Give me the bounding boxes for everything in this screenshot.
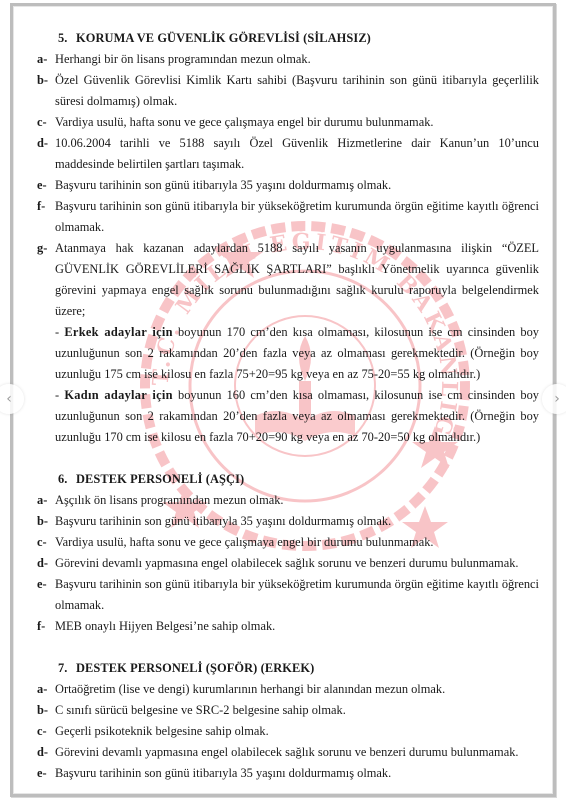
list-item: d-10.06.2004 tarihli ve 5188 sayılı Özel… [37, 133, 539, 175]
item-marker: a- [37, 490, 55, 511]
sub-item-prefix: - [55, 388, 64, 402]
sub-item-label: Kadın adaylar için [64, 388, 173, 402]
item-text-block: Ortaöğretim (lise ve dengi) kurumlarının… [55, 679, 539, 700]
section-title: DESTEK PERSONELİ (AŞÇI) [76, 472, 244, 486]
item-text: Atanmaya hak kazanan adaylardan 5188 say… [55, 238, 539, 322]
item-marker: d- [37, 133, 55, 154]
document-content: 5.KORUMA VE GÜVENLİK GÖREVLİSİ (SİLAHSIZ… [13, 6, 553, 784]
sub-item-prefix: - [55, 325, 64, 339]
section-heading: 6.DESTEK PERSONELİ (AŞÇI) [37, 469, 539, 490]
sub-item: - Erkek adaylar için boyunun 170 cm’den … [55, 322, 539, 385]
item-text-block: Başvuru tarihinin son günü itibarıyla 35… [55, 175, 539, 196]
item-text-block: Herhangi bir ön lisans programından mezu… [55, 49, 539, 70]
sub-item-label: Erkek adaylar için [64, 325, 173, 339]
list-item: c-Vardiya usulü, hafta sonu ve gece çalı… [37, 532, 539, 553]
item-text-block: C sınıfı sürücü belgesine ve SRC-2 belge… [55, 700, 539, 721]
item-text-block: Atanmaya hak kazanan adaylardan 5188 say… [55, 238, 539, 448]
list-item: e-Başvuru tarihinin son günü itibarıyla … [37, 763, 539, 784]
item-text-block: Görevini devamlı yapmasına engel olabile… [55, 742, 539, 763]
item-text: Vardiya usulü, hafta sonu ve gece çalışm… [55, 532, 539, 553]
item-text: Başvuru tarihinin son günü itibarıyla 35… [55, 763, 539, 784]
item-text: Geçerli psikoteknik belgesine sahip olma… [55, 721, 539, 742]
item-text: Vardiya usulü, hafta sonu ve gece çalışm… [55, 112, 539, 133]
item-marker: d- [37, 553, 55, 574]
item-text-block: Başvuru tarihinin son günü itibarıyla 35… [55, 511, 539, 532]
item-marker: c- [37, 721, 55, 742]
item-marker: d- [37, 742, 55, 763]
item-marker: b- [37, 70, 55, 91]
section: 5.KORUMA VE GÜVENLİK GÖREVLİSİ (SİLAHSIZ… [37, 28, 539, 448]
item-text-block: Özel Güvenlik Görevlisi Kimlik Kartı sah… [55, 70, 539, 112]
section-number: 7. [58, 658, 76, 679]
item-marker: c- [37, 112, 55, 133]
item-text-block: 10.06.2004 tarihli ve 5188 sayılı Özel G… [55, 133, 539, 175]
item-text: Özel Güvenlik Görevlisi Kimlik Kartı sah… [55, 70, 539, 112]
section-number: 6. [58, 469, 76, 490]
item-text-block: MEB onaylı Hijyen Belgesi’ne sahip olmak… [55, 616, 539, 637]
list-item: f-Başvuru tarihinin son günü itibarıyla … [37, 196, 539, 238]
list-item: d-Görevini devamlı yapmasına engel olabi… [37, 553, 539, 574]
item-marker: b- [37, 700, 55, 721]
list-item: b-C sınıfı sürücü belgesine ve SRC-2 bel… [37, 700, 539, 721]
item-text-block: Başvuru tarihinin son günü itibarıyla bi… [55, 574, 539, 616]
item-text: Görevini devamlı yapmasına engel olabile… [55, 553, 539, 574]
item-text: Ortaöğretim (lise ve dengi) kurumlarının… [55, 679, 539, 700]
list-item: e-Başvuru tarihinin son günü itibarıyla … [37, 574, 539, 616]
list-item: b-Başvuru tarihinin son günü itibarıyla … [37, 511, 539, 532]
item-text: Herhangi bir ön lisans programından mezu… [55, 49, 539, 70]
list-item: c-Vardiya usulü, hafta sonu ve gece çalı… [37, 112, 539, 133]
item-marker: e- [37, 175, 55, 196]
item-text: Başvuru tarihinin son günü itibarıyla 35… [55, 511, 539, 532]
document-page: T.C. MİLLİ EĞİTİM BAKANLIĞI 5.KORUMA VE … [10, 3, 556, 797]
item-marker: c- [37, 532, 55, 553]
carousel-next-button[interactable]: › [542, 384, 566, 414]
item-text: Başvuru tarihinin son günü itibarıyla bi… [55, 574, 539, 616]
chevron-right-icon: › [554, 391, 560, 407]
section: 7.DESTEK PERSONELİ (ŞOFÖR) (ERKEK)a-Orta… [37, 658, 539, 784]
section-title: KORUMA VE GÜVENLİK GÖREVLİSİ (SİLAHSIZ) [76, 31, 371, 45]
list-item: b-Özel Güvenlik Görevlisi Kimlik Kartı s… [37, 70, 539, 112]
item-marker: a- [37, 49, 55, 70]
item-text: Aşçılık ön lisans programından mezun olm… [55, 490, 539, 511]
item-text-block: Vardiya usulü, hafta sonu ve gece çalışm… [55, 112, 539, 133]
item-text: C sınıfı sürücü belgesine ve SRC-2 belge… [55, 700, 539, 721]
item-text-block: Aşçılık ön lisans programından mezun olm… [55, 490, 539, 511]
item-marker: f- [37, 196, 55, 217]
item-text: Başvuru tarihinin son günü itibarıyla bi… [55, 196, 539, 238]
item-text: 10.06.2004 tarihli ve 5188 sayılı Özel G… [55, 133, 539, 175]
list-item: d-Görevini devamlı yapmasına engel olabi… [37, 742, 539, 763]
item-marker: e- [37, 763, 55, 784]
item-marker: e- [37, 574, 55, 595]
item-marker: b- [37, 511, 55, 532]
item-text-block: Başvuru tarihinin son günü itibarıyla 35… [55, 763, 539, 784]
list-item: e-Başvuru tarihinin son günü itibarıyla … [37, 175, 539, 196]
section-number: 5. [58, 28, 76, 49]
item-text: Başvuru tarihinin son günü itibarıyla 35… [55, 175, 539, 196]
item-text-block: Geçerli psikoteknik belgesine sahip olma… [55, 721, 539, 742]
item-marker: g- [37, 238, 55, 259]
sub-item: - Kadın adaylar için boyunun 160 cm’den … [55, 385, 539, 448]
item-text-block: Başvuru tarihinin son günü itibarıyla bi… [55, 196, 539, 238]
list-item: c-Geçerli psikoteknik belgesine sahip ol… [37, 721, 539, 742]
list-item: f-MEB onaylı Hijyen Belgesi’ne sahip olm… [37, 616, 539, 637]
item-text-block: Görevini devamlı yapmasına engel olabile… [55, 553, 539, 574]
list-item: a-Aşçılık ön lisans programından mezun o… [37, 490, 539, 511]
section-title: DESTEK PERSONELİ (ŞOFÖR) (ERKEK) [76, 661, 314, 675]
section: 6.DESTEK PERSONELİ (AŞÇI)a-Aşçılık ön li… [37, 469, 539, 637]
list-item: g-Atanmaya hak kazanan adaylardan 5188 s… [37, 238, 539, 448]
chevron-left-icon: ‹ [6, 391, 12, 407]
list-item: a-Herhangi bir ön lisans programından me… [37, 49, 539, 70]
item-marker: a- [37, 679, 55, 700]
item-marker: f- [37, 616, 55, 637]
item-text: Görevini devamlı yapmasına engel olabile… [55, 742, 539, 763]
list-item: a-Ortaöğretim (lise ve dengi) kurumların… [37, 679, 539, 700]
section-heading: 5.KORUMA VE GÜVENLİK GÖREVLİSİ (SİLAHSIZ… [37, 28, 539, 49]
item-text: MEB onaylı Hijyen Belgesi’ne sahip olmak… [55, 616, 539, 637]
section-heading: 7.DESTEK PERSONELİ (ŞOFÖR) (ERKEK) [37, 658, 539, 679]
item-text-block: Vardiya usulü, hafta sonu ve gece çalışm… [55, 532, 539, 553]
